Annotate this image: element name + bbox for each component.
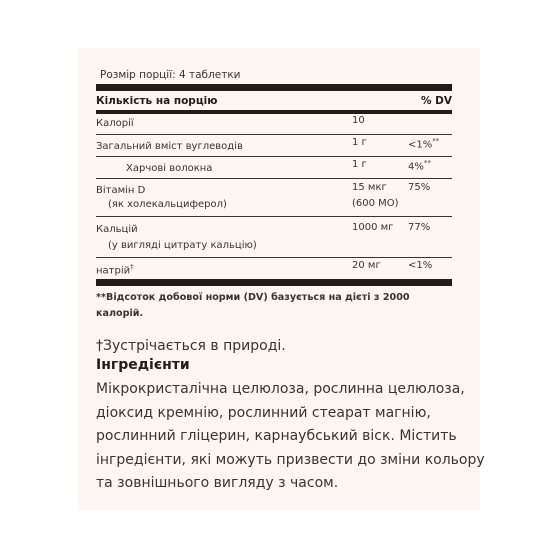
dv-footnote: **Відсоток добової норми (DV) базується … (96, 290, 456, 322)
amount-per-serving-label: Кількість на порцію (96, 95, 217, 107)
table-header: Кількість на порцію % DV (96, 91, 452, 110)
table-row: Кальцій (у вигляді цитрату кальцію) 1000… (96, 217, 452, 258)
natural-occurrence-note: †Зустрічається в природі. (96, 338, 286, 354)
table-row: Калорії 10 (96, 114, 452, 135)
supplement-facts-table: Кількість на порцію % DV Калорії 10 Зага… (96, 84, 452, 286)
divider-thick-bottom (96, 279, 452, 286)
ingredients-title: Інгредієнти (96, 357, 190, 373)
ingredients-text: Мікрокристалічна целюлоза, рослинна целю… (96, 378, 496, 496)
divider-thick (96, 84, 452, 91)
table-row: Вітамін D (як холекальциферол) 15 мкг (6… (96, 179, 452, 217)
table-row: Харчові волокна 1 г 4%** (96, 157, 452, 179)
table-row: Загальний вміст вуглеводів 1 г <1%** (96, 135, 452, 157)
serving-size: Розмір порції: 4 таблетки (100, 69, 241, 81)
table-row: натрій† 20 мг <1% (96, 258, 452, 279)
dv-label: % DV (421, 95, 452, 107)
